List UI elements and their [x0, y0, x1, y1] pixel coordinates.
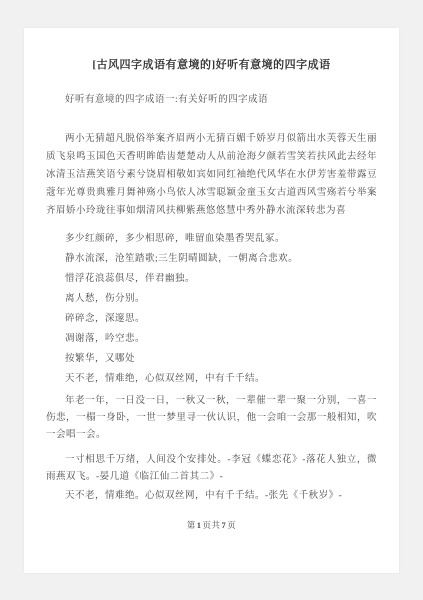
document-page: [古风四字成语有意境的]好听有意境的四字成语 好听有意境的四字成语一:有关好听的… [24, 28, 399, 573]
paragraph: 碎碎念，深邃思。 [46, 313, 377, 325]
paragraph: 凋谢落，吟空悲。 [46, 333, 377, 345]
footer-label-mid: 页共 [202, 520, 220, 530]
paragraph: 离人愁，伤分别。 [46, 293, 377, 305]
paragraph: 天不老，情难绝，心似双丝网，中有千千结。 [46, 373, 377, 385]
canvas-background: [古风四字成语有意境的]好听有意境的四字成语 好听有意境的四字成语一:有关好听的… [0, 0, 423, 600]
paragraph: 多少红颜碎，多少相思碎，唯留血染墨香哭乱冢。 [46, 233, 377, 245]
paragraph: 静水流深，沧笙踏歌;三生阴晴圆缺，一朝离合悲欢。 [46, 253, 377, 265]
paragraph: 惜浮花浪蕊俱尽，伴君幽独。 [46, 273, 377, 285]
paragraph: 按繁华，又哪处 [46, 353, 377, 365]
footer-label-before: 第 [187, 520, 196, 530]
paragraph: 一寸相思千万绪，人间没个安排处。-李冠《蝶恋花》-落花人独立，微雨燕双飞。-晏几… [46, 452, 377, 486]
paragraph: 两小无猜超凡脱俗举案齐眉两小无猜百媚千娇岁月似箭出水芙蓉天生丽质飞泉鸣玉国色天香… [46, 130, 377, 220]
page-footer: 第1页共7页 [46, 519, 377, 531]
paragraph-list: 两小无猜超凡脱俗举案齐眉两小无猜百媚千娇岁月似箭出水芙蓉天生丽质飞泉鸣玉国色天香… [46, 130, 377, 505]
page-title: [古风四字成语有意境的]好听有意境的四字成语 [46, 58, 377, 72]
document-subtitle: 好听有意境的四字成语一:有关好听的四字成语 [46, 94, 377, 106]
footer-label-after: 页 [227, 520, 236, 530]
paragraph: 天不老，情难绝。心似双丝网，中有千千结。-张先《千秋岁》- [46, 488, 377, 505]
paragraph: 年老一年，一日没一日，一秋又一秋，一辈催一辈一聚一分别，一喜一伤悲，一榻一身卧，… [46, 393, 377, 444]
